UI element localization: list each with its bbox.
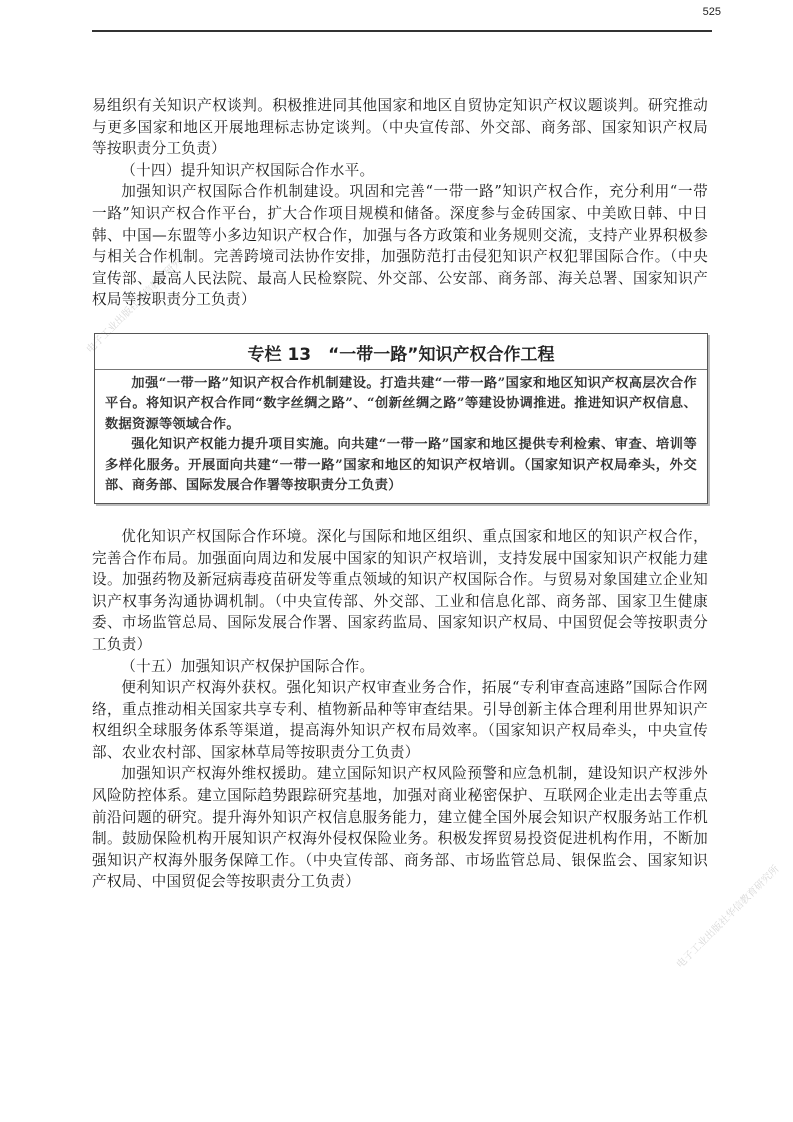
paragraph-continuation: 易组织有关知识产权谈判。积极推进同其他国家和地区自贸协定知识产权议题谈判。研究推…: [92, 95, 708, 160]
box-body: 加强“一带一路”知识产权合作机制建设。打造共建“一带一路”国家和地区知识产权高层…: [95, 370, 707, 503]
page-number: 525: [703, 6, 721, 18]
paragraph: 加强知识产权海外维权援助。建立国际知识产权风险预警和应急机制，建设知识产权涉外风…: [92, 763, 708, 893]
header-rule: [92, 30, 712, 32]
section-heading-15: （十五）加强知识产权保护国际合作。: [92, 656, 708, 678]
section-heading-14: （十四）提升知识产权国际合作水平。: [92, 160, 708, 182]
paragraph: 优化知识产权国际合作环境。深化与国际和地区组织、重点国家和地区的知识产权合作，完…: [92, 526, 708, 656]
document-body: 易组织有关知识产权谈判。积极推进同其他国家和地区自贸协定知识产权议题谈判。研究推…: [92, 95, 708, 893]
paragraph: 便利知识产权海外获权。强化知识产权审查业务合作，拓展“专利审查高速路”国际合作网…: [92, 677, 708, 763]
box-title: 专栏 13 “一带一路”知识产权合作工程: [95, 334, 707, 370]
box-paragraph: 强化知识产权能力提升项目实施。向共建“一带一路”国家和地区提供专利检索、审查、培…: [105, 435, 697, 497]
box-paragraph: 加强“一带一路”知识产权合作机制建设。打造共建“一带一路”国家和地区知识产权高层…: [105, 374, 697, 436]
sidebar-box-13: 专栏 13 “一带一路”知识产权合作工程 加强“一带一路”知识产权合作机制建设。…: [94, 333, 708, 504]
paragraph: 加强知识产权国际合作机制建设。巩固和完善“一带一路”知识产权合作，充分利用“一带…: [92, 181, 708, 311]
